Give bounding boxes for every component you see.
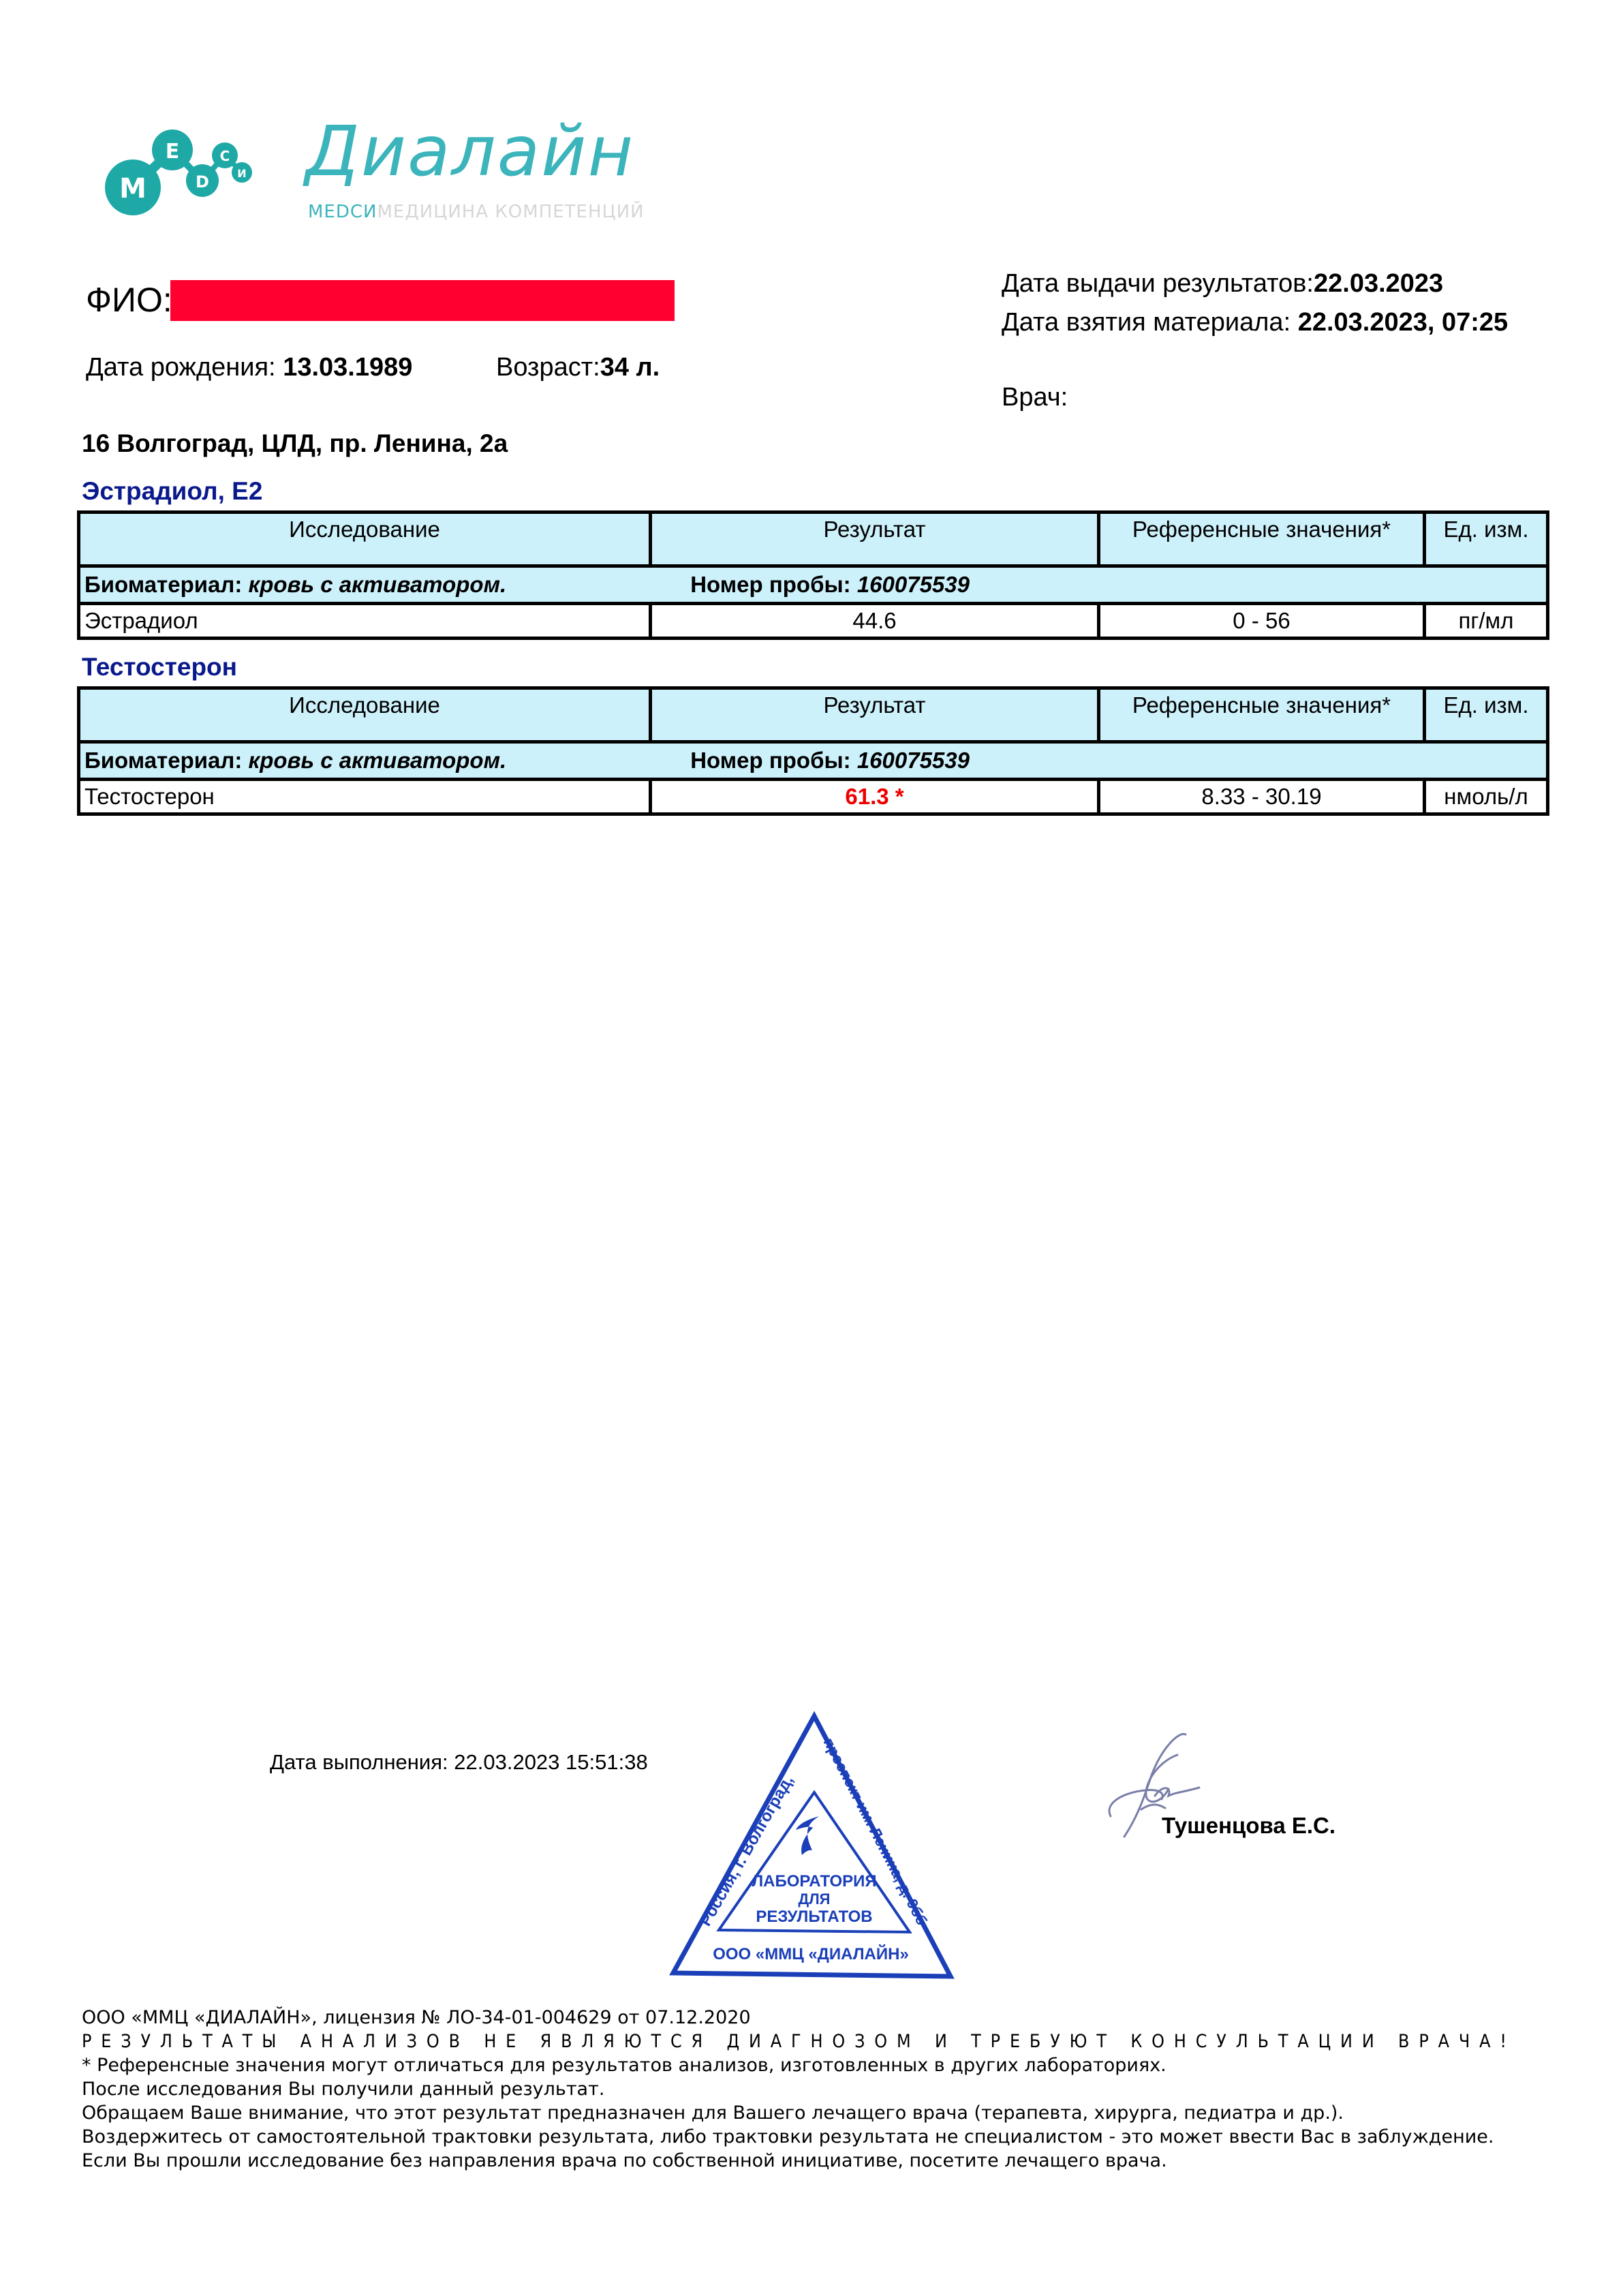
footer-line: После исследования Вы получили данный ре… <box>82 2079 604 2100</box>
age-label: Возраст: <box>496 353 600 382</box>
biomaterial-label: Биоматериал: <box>84 572 249 597</box>
signer-name: Тушенцова Е.С. <box>1162 1813 1335 1839</box>
biomaterial-row: Биоматериал: кровь с активатором. Номер … <box>79 742 1548 780</box>
biomaterial-value: кровь с активатором. <box>249 748 507 773</box>
issue-date: Дата выдачи результатов:22.03.2023 <box>1002 269 1443 299</box>
date-of-birth: Дата рождения: 13.03.1989 <box>86 353 412 382</box>
biomaterial: Биоматериал: кровь с активатором. <box>84 748 506 774</box>
svg-text:D: D <box>196 172 209 192</box>
col-units: Ед. изм. <box>1425 512 1548 566</box>
cell-result: 44.6 <box>651 604 1099 639</box>
section-title-estradiol: Эстрадиол, Е2 <box>82 477 262 506</box>
brand-name: Диалайн <box>305 117 634 187</box>
results-table-testosterone: Исследование Результат Референсные значе… <box>77 686 1549 816</box>
sample-value: 160075539 <box>857 748 970 773</box>
issue-date-label: Дата выдачи результатов: <box>1002 269 1314 298</box>
biomaterial-value: кровь с активатором. <box>249 572 507 597</box>
footer-warning: РЕЗУЛЬТАТЫ АНАЛИЗОВ НЕ ЯВЛЯЮТСЯ ДИАГНОЗО… <box>82 2031 1516 2052</box>
sample-taken-date: Дата взятия материала: 22.03.2023, 07:25 <box>1002 307 1519 339</box>
col-result: Результат <box>651 688 1099 742</box>
section-title-testosterone: Тестостерон <box>82 653 237 682</box>
issue-date-value: 22.03.2023 <box>1314 269 1443 298</box>
sample-label: Номер пробы: <box>690 748 857 773</box>
table-header: Исследование Результат Референсные значе… <box>79 688 1548 742</box>
svg-text:M: M <box>119 173 146 204</box>
footer-line: Обращаем Ваше внимание, что этот результ… <box>82 2102 1344 2124</box>
dob-label: Дата рождения: <box>86 353 283 382</box>
cell-units: нмоль/л <box>1425 780 1548 814</box>
svg-text:РЕЗУЛЬТАТОВ: РЕЗУЛЬТАТОВ <box>756 1908 872 1926</box>
col-reference: Референсные значения* <box>1099 688 1425 742</box>
svg-text:ООО «ММЦ «ДИАЛАЙН»: ООО «ММЦ «ДИАЛАЙН» <box>713 1944 909 1963</box>
sample-number: Номер пробы: 160075539 <box>690 572 970 598</box>
brand-tagline: МЕDСИМЕДИЦИНА КОМПЕТЕНЦИЙ <box>308 203 645 221</box>
svg-text:проспект им. Ленина, д. 9бб: проспект им. Ленина, д. 9бб <box>820 1735 931 1928</box>
svg-text:E: E <box>166 140 180 164</box>
brand-tagline-rest: МЕДИЦИНА КОМПЕТЕНЦИЙ <box>377 202 644 222</box>
footer-license: ООО «ММЦ «ДИАЛАЙН», лицензия № ЛО-34-01-… <box>82 2007 751 2028</box>
execution-date: Дата выполнения: 22.03.2023 15:51:38 <box>270 1750 648 1775</box>
table-header: Исследование Результат Референсные значе… <box>79 512 1548 566</box>
sample-value: 160075539 <box>857 572 970 597</box>
brand-tagline-accent: МЕDСИ <box>308 202 377 222</box>
fio-redaction <box>170 280 675 321</box>
svg-text:C: C <box>220 148 230 164</box>
svg-text:И: И <box>237 167 246 180</box>
biomaterial-label: Биоматериал: <box>84 748 249 773</box>
svg-text:ДЛЯ: ДЛЯ <box>799 1891 831 1908</box>
svg-text:Россия, г. Волгоград,: Россия, г. Волгоград, <box>696 1772 797 1929</box>
table-row: Тестостерон 61.3 * 8.33 - 30.19 нмоль/л <box>79 780 1548 814</box>
col-test: Исследование <box>79 688 651 742</box>
execution-value: 22.03.2023 15:51:38 <box>454 1750 647 1774</box>
doctor: Врач: <box>1002 383 1068 412</box>
svg-text:ЛАБОРАТОРИЯ: ЛАБОРАТОРИЯ <box>752 1872 876 1891</box>
execution-label: Дата выполнения: <box>270 1750 454 1774</box>
col-test: Исследование <box>79 512 651 566</box>
table-row: Эстрадиол 44.6 0 - 56 пг/мл <box>79 604 1548 639</box>
dob-value: 13.03.1989 <box>283 353 412 382</box>
footer-line: Если Вы прошли исследование без направле… <box>82 2150 1167 2171</box>
doctor-label: Врач: <box>1002 383 1068 412</box>
taken-date-label: Дата взятия материала: <box>1002 308 1298 337</box>
biomaterial-row: Биоматериал: кровь с активатором. Номер … <box>79 566 1548 604</box>
footer-line: * Референсные значения могут отличаться … <box>82 2055 1166 2076</box>
lab-location: 16 Волгоград, ЦЛД, пр. Ленина, 2а <box>82 429 508 458</box>
col-result: Результат <box>651 512 1099 566</box>
cell-reference: 8.33 - 30.19 <box>1099 780 1425 814</box>
fio-label: ФИО: <box>86 279 172 320</box>
sample-number: Номер пробы: 160075539 <box>690 748 970 774</box>
age-value: 34 л. <box>600 353 660 382</box>
age: Возраст:34 л. <box>496 353 660 382</box>
col-reference: Референсные значения* <box>1099 512 1425 566</box>
col-units: Ед. изм. <box>1425 688 1548 742</box>
cell-result-abnormal: 61.3 * <box>651 780 1099 814</box>
cell-units: пг/мл <box>1425 604 1548 639</box>
taken-date-value: 22.03.2023, 07:25 <box>1298 308 1509 337</box>
biomaterial: Биоматериал: кровь с активатором. <box>84 572 506 598</box>
sample-label: Номер пробы: <box>690 572 857 597</box>
cell-reference: 0 - 56 <box>1099 604 1425 639</box>
cell-test: Эстрадиол <box>79 604 651 639</box>
footer-line: Воздержитесь от самостоятельной трактовк… <box>82 2126 1494 2147</box>
cell-test: Тестостерон <box>79 780 651 814</box>
results-table-estradiol: Исследование Результат Референсные значе… <box>77 510 1549 640</box>
lab-stamp-icon: Россия, г. Волгоград, проспект им. Ленин… <box>661 1711 961 1983</box>
